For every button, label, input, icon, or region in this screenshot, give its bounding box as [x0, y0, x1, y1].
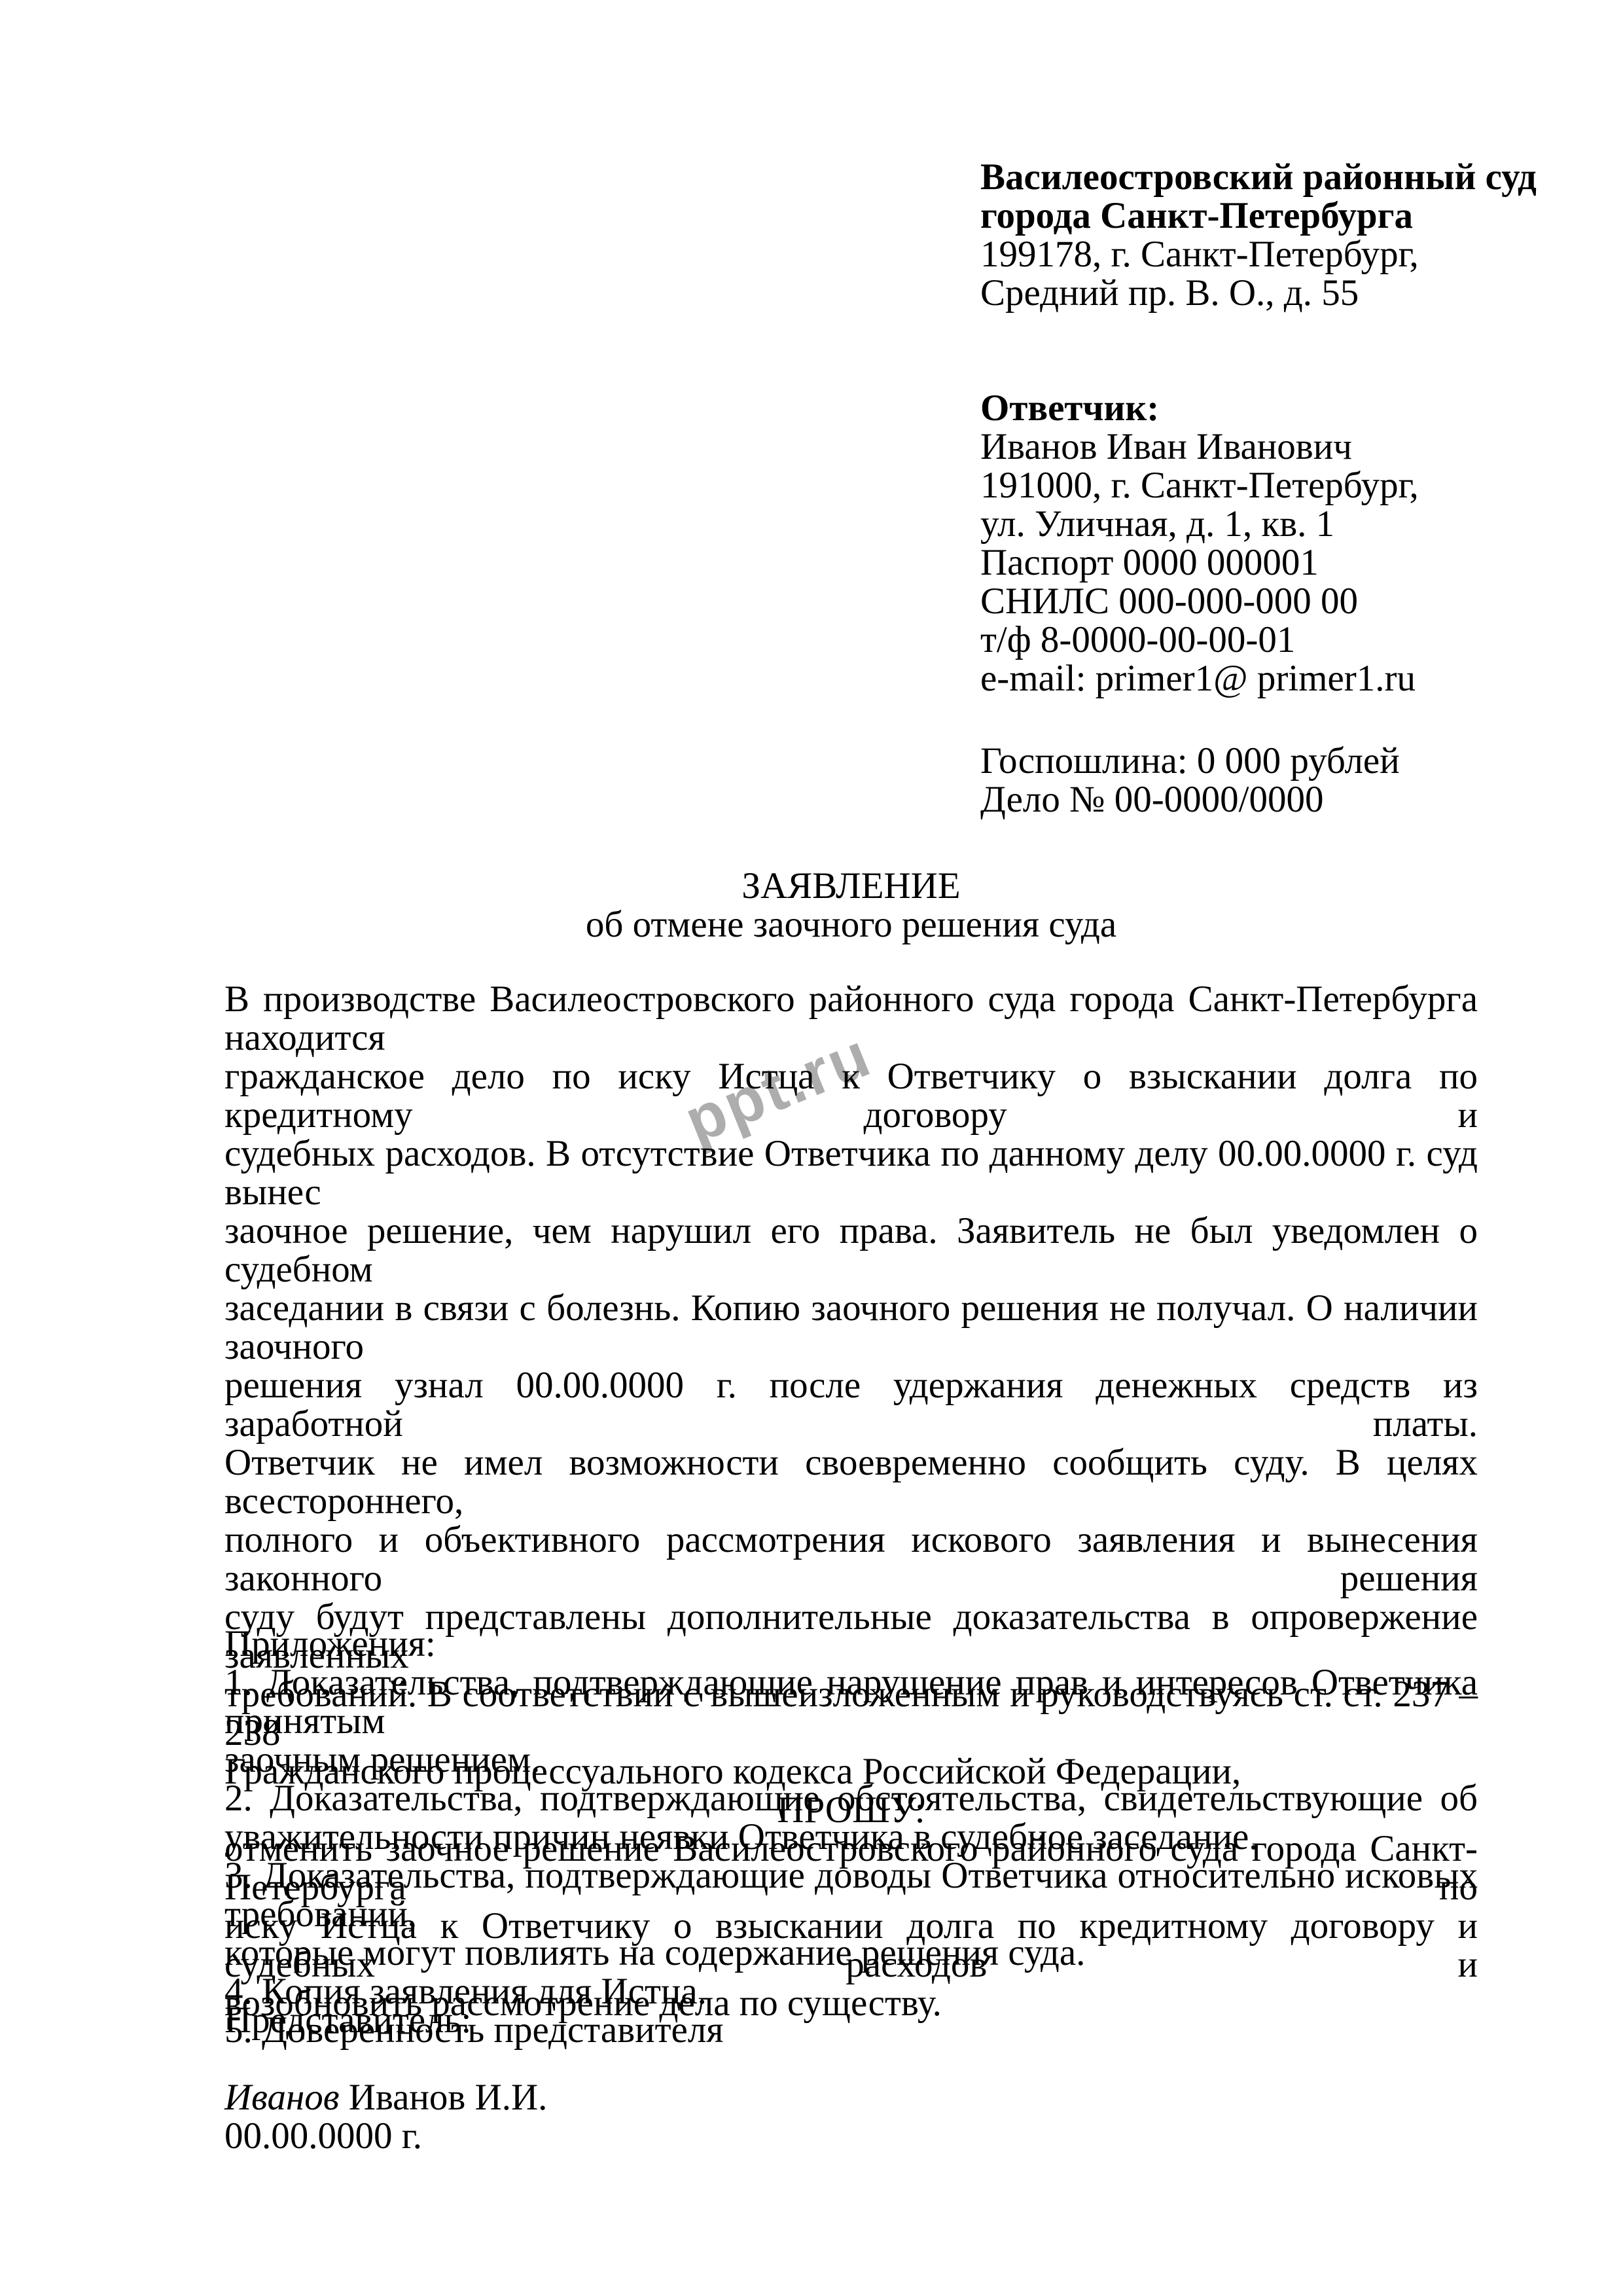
text-line: 3. Доказательства, подтверждающие доводы…	[224, 1856, 1478, 1933]
case-number-line: Дело № 00-0000/0000	[980, 780, 1400, 819]
signature-handwritten-name: Иванов	[224, 2077, 349, 2118]
text-line: уважительности причин неявки Ответчика в…	[224, 1818, 1478, 1856]
state-duty-line: Госпошлина: 0 000 рублей	[980, 742, 1400, 780]
text-line: полного и объективного рассмотрения иско…	[224, 1520, 1478, 1598]
text-line: которые могут повлиять на содержание реш…	[224, 1933, 1478, 1972]
spacer-line	[224, 2039, 547, 2078]
text-line: заочным решением.	[224, 1740, 1478, 1779]
respondent-details: Иванов Иван Иванович191000, г. Санкт-Пет…	[980, 427, 1419, 698]
text-line: заочное решение, чем нарушил его права. …	[224, 1211, 1478, 1289]
court-name-line-2: города Санкт-Петербурга	[980, 196, 1537, 235]
text-line: судебных расходов. В отсутствие Ответчик…	[224, 1134, 1478, 1211]
text-line: Приложения:	[224, 1624, 1478, 1663]
text-line: Ответчик не имел возможности своевременн…	[224, 1443, 1478, 1520]
text-line: ул. Уличная, д. 1, кв. 1	[980, 505, 1419, 543]
document-title: ЗАЯВЛЕНИЕ об отмене заочного решения суд…	[224, 867, 1478, 944]
text-line: Иванов Иван Иванович	[980, 427, 1419, 466]
signature-date: 00.00.0000 г.	[224, 2117, 547, 2155]
respondent-label: Ответчик:	[980, 389, 1419, 427]
text-line: заседании в связи с болезнь. Копию заочн…	[224, 1289, 1478, 1366]
text-line: т/ф 8-0000-00-00-01	[980, 620, 1419, 659]
fee-case-block: Госпошлина: 0 000 рублей Дело № 00-0000/…	[980, 742, 1400, 819]
text-line: В производстве Василеостровского районно…	[224, 980, 1478, 1057]
text-line: СНИЛС 000-000-000 00	[980, 582, 1419, 620]
court-postal-line: 199178, г. Санкт-Петербург,	[980, 235, 1537, 274]
court-street-line: Средний пр. В. О., д. 55	[980, 274, 1537, 312]
text-line: Паспорт 0000 000001	[980, 543, 1419, 582]
attachments-list: Приложения:1. Доказательства, подтвержда…	[224, 1624, 1478, 2049]
text-line: гражданское дело по иску Истца к Ответчи…	[224, 1057, 1478, 1134]
text-line: e-mail: primer1@ primer1.ru	[980, 659, 1419, 698]
document-page: ppt.ru Василеостровский районный суд гор…	[0, 0, 1623, 2296]
text-line: 1. Доказательства, подтверждающие наруше…	[224, 1663, 1478, 1740]
text-line: 191000, г. Санкт-Петербург,	[980, 466, 1419, 505]
signature-block: Представитель: Иванов Иванов И.И. 00.00.…	[224, 2001, 547, 2155]
title-subtitle: об отмене заочного решения суда	[224, 905, 1478, 944]
text-line: 2. Доказательства, подтверждающие обстоя…	[224, 1779, 1478, 1818]
text-line: решения узнал 00.00.0000 г. после удержа…	[224, 1366, 1478, 1443]
signature-typed-name: Иванов И.И.	[349, 2077, 548, 2118]
representative-label: Представитель:	[224, 2001, 547, 2039]
court-name-line-1: Василеостровский районный суд	[980, 158, 1537, 196]
title-main: ЗАЯВЛЕНИЕ	[224, 867, 1478, 905]
signature-name-line: Иванов Иванов И.И.	[224, 2078, 547, 2117]
respondent-block: Ответчик: Иванов Иван Иванович191000, г.…	[980, 389, 1419, 698]
court-address-block: Василеостровский районный суд города Сан…	[980, 158, 1537, 312]
